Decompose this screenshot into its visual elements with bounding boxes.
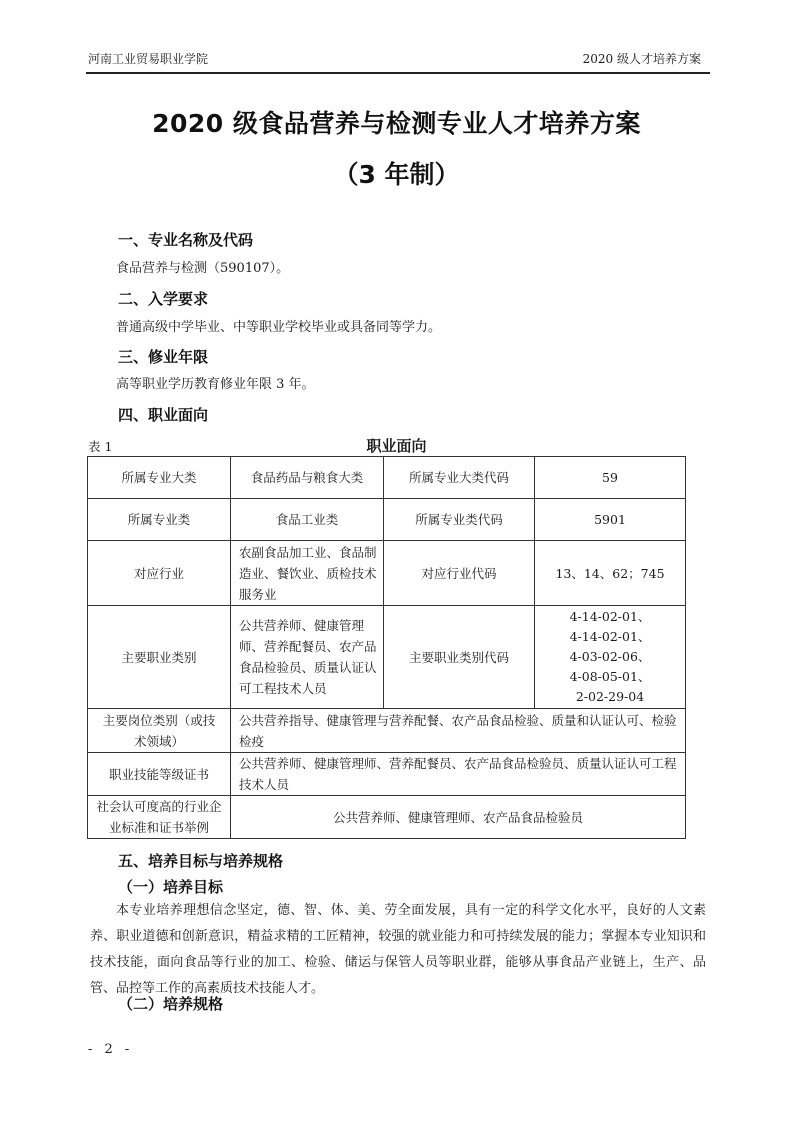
document-subtitle: （3 年制） [0, 155, 793, 191]
table-cell: 所属专业类 [88, 499, 231, 541]
code-line: 2-02-29-04 [539, 687, 681, 707]
table-cell: 59 [535, 457, 686, 499]
table-cell: 主要职业类别代码 [384, 606, 535, 709]
table-title: 职业面向 [0, 435, 793, 456]
section-heading-1: 一、专业名称及代码 [118, 229, 253, 250]
table-cell: 所属专业大类 [88, 457, 231, 499]
header-institution: 河南工业贸易职业学院 [88, 50, 208, 67]
table-row: 职业技能等级证书 公共营养师、健康管理师、营养配餐员、农产品食品检验员、质量认证… [88, 753, 686, 796]
table-cell: 公共营养师、健康管理师、农产品食品检验员 [231, 796, 686, 839]
table-cell: 所属专业大类代码 [384, 457, 535, 499]
section-body-3: 高等职业学历教育修业年限 3 年。 [116, 373, 315, 392]
table-row: 所属专业类 食品工业类 所属专业类代码 5901 [88, 499, 686, 541]
table-cell: 食品药品与粮食大类 [231, 457, 384, 499]
header-rule [86, 72, 710, 74]
table-cell: 对应行业 [88, 541, 231, 606]
table-cell: 公共营养师、健康管理师、营养配餐员、农产品食品检验员、质量认证认可工程技术人员 [231, 606, 384, 709]
table-cell: 4-14-02-01、 4-14-02-01、 4-03-02-06、 4-08… [535, 606, 686, 709]
code-line: 4-03-02-06、 [539, 647, 681, 667]
table-row: 主要岗位类别（或技术领域） 公共营养指导、健康管理与营养配餐、农产品食品检验、质… [88, 709, 686, 753]
section-body-1: 食品营养与检测（590107）。 [116, 257, 289, 276]
page-number: - 2 - [88, 1042, 133, 1057]
section-heading-5: 五、培养目标与培养规格 [118, 850, 283, 871]
subsection-heading-2: （二）培养规格 [118, 993, 223, 1014]
code-line: 4-08-05-01、 [539, 667, 681, 687]
header-doc-title: 2020 级人才培养方案 [583, 50, 701, 67]
code-line: 4-14-02-01、 [539, 627, 681, 647]
section-body-2: 普通高级中学毕业、中等职业学校毕业或具备同等学力。 [116, 316, 441, 335]
table-cell: 农副食品加工业、食品制造业、餐饮业、质检技术服务业 [231, 541, 384, 606]
table-row: 对应行业 农副食品加工业、食品制造业、餐饮业、质检技术服务业 对应行业代码 13… [88, 541, 686, 606]
table-cell: 13、14、62；745 [535, 541, 686, 606]
table-row: 所属专业大类 食品药品与粮食大类 所属专业大类代码 59 [88, 457, 686, 499]
table-cell: 公共营养指导、健康管理与营养配餐、农产品食品检验、质量和认证认可、检验检疫 [231, 709, 686, 753]
table-cell: 公共营养师、健康管理师、营养配餐员、农产品食品检验员、质量认证认可工程技术人员 [231, 753, 686, 796]
code-line: 4-14-02-01、 [539, 607, 681, 627]
table-row: 社会认可度高的行业企业标准和证书举例 公共营养师、健康管理师、农产品食品检验员 [88, 796, 686, 839]
section-heading-4: 四、职业面向 [118, 404, 208, 425]
table-cell: 社会认可度高的行业企业标准和证书举例 [88, 796, 231, 839]
document-title: 2020 级食品营养与检测专业人才培养方案 [0, 104, 793, 140]
table-cell: 职业技能等级证书 [88, 753, 231, 796]
table-cell: 食品工业类 [231, 499, 384, 541]
section-heading-3: 三、修业年限 [118, 346, 208, 367]
table-cell: 对应行业代码 [384, 541, 535, 606]
section-heading-2: 二、入学要求 [118, 288, 208, 309]
table-row: 主要职业类别 公共营养师、健康管理师、营养配餐员、农产品食品检验员、质量认证认可… [88, 606, 686, 709]
subsection-heading-1: （一）培养目标 [118, 876, 223, 897]
table-cell: 主要职业类别 [88, 606, 231, 709]
table-cell: 所属专业类代码 [384, 499, 535, 541]
table-cell: 主要岗位类别（或技术领域） [88, 709, 231, 753]
table-cell: 5901 [535, 499, 686, 541]
training-goal-paragraph: 本专业培养理想信念坚定，德、智、体、美、劳全面发展，具有一定的科学文化水平，良好… [90, 898, 706, 1002]
occupation-table: 所属专业大类 食品药品与粮食大类 所属专业大类代码 59 所属专业类 食品工业类… [87, 456, 686, 839]
